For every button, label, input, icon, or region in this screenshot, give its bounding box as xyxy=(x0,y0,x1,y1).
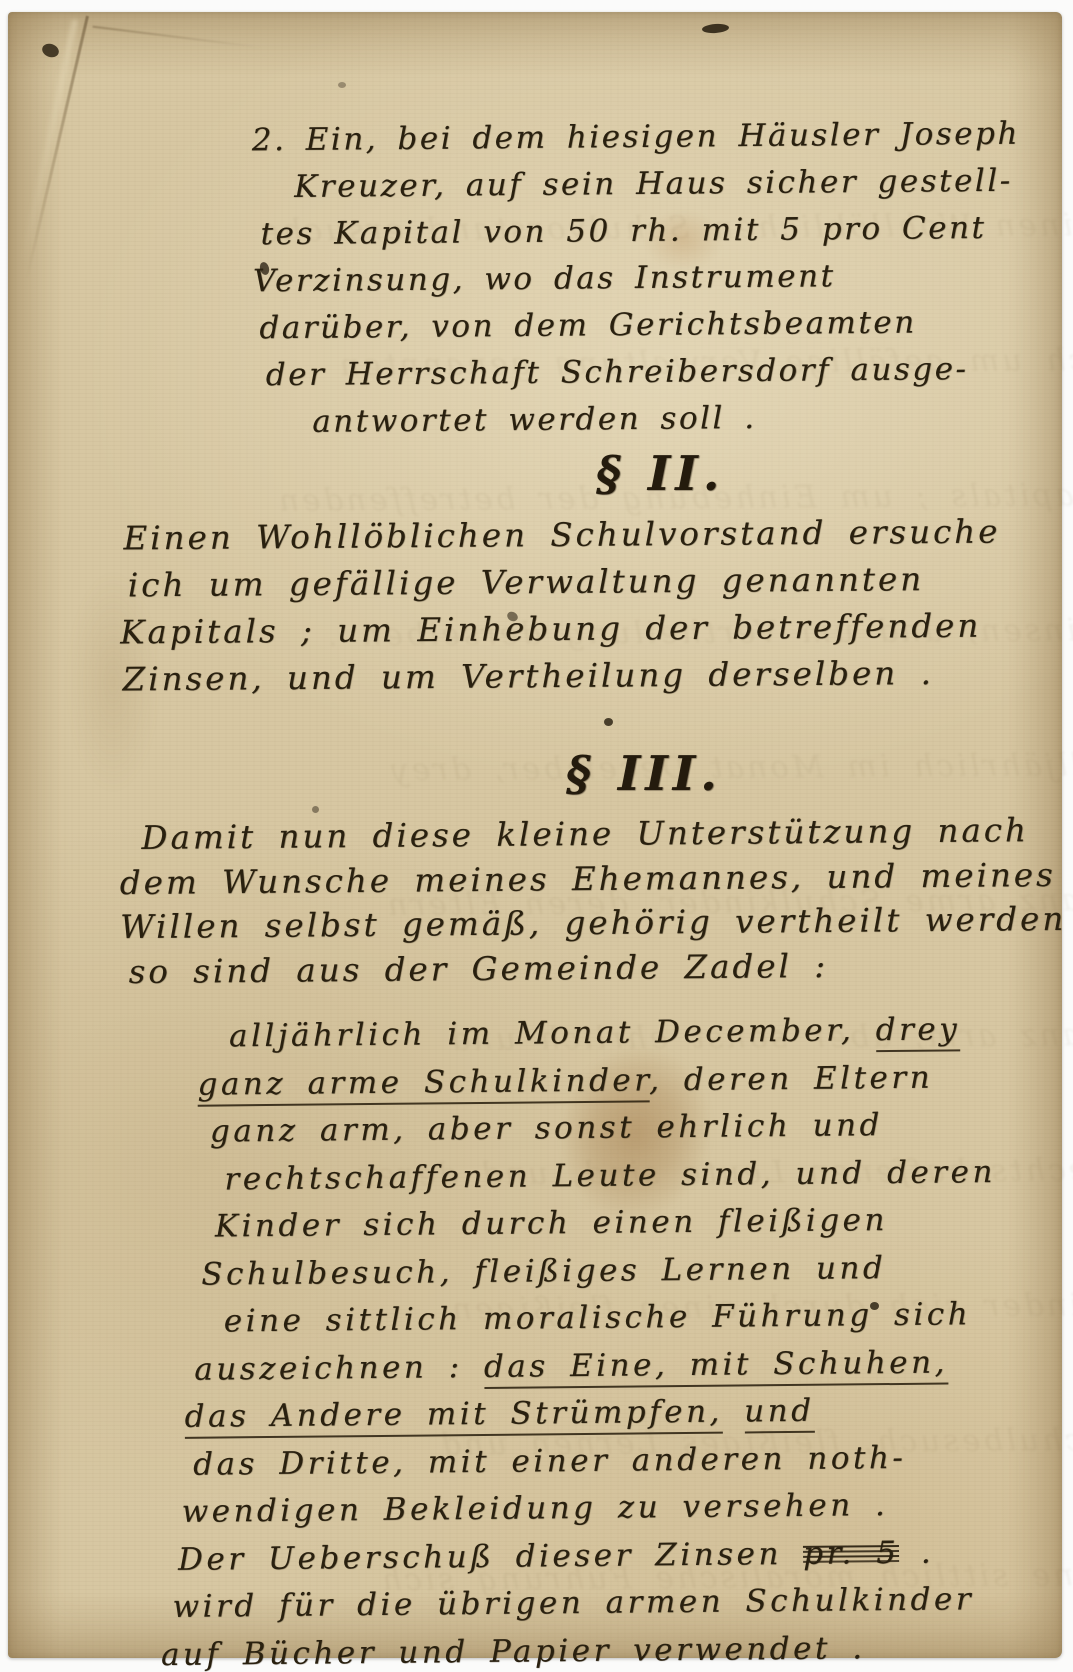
manuscript-line: Schulbesuch, fleißiges Lernen und xyxy=(201,1244,997,1299)
manuscript-text xyxy=(723,1393,745,1429)
manuscript-line: tes Kapital von 50 rh. mit 5 pro Cent xyxy=(260,205,1020,259)
fold-crease-top-left xyxy=(25,16,89,280)
manuscript-line: Willen selbst gemäß, gehörig vertheilt w… xyxy=(120,897,1066,950)
manuscript-text: eine sittlich moralische Führung sich xyxy=(224,1296,972,1339)
manuscript-text: das Dritte, mit einer anderen noth- xyxy=(193,1439,906,1482)
underlined-text: das Eine, mit Schuhen, xyxy=(484,1344,948,1388)
manuscript-line: wird für die übrigen armen Schulkinder xyxy=(172,1576,1000,1631)
fold-crease-highlight xyxy=(20,19,78,265)
manuscript-text: Der Ueberschuß dieser Zinsen xyxy=(178,1535,803,1577)
ink-speck xyxy=(338,82,346,88)
manuscript-line: so sind aus der Gemeinde Zadel : xyxy=(128,941,1066,994)
manuscript-text: 2. Ein, bei dem hiesigen Häusler Joseph xyxy=(252,116,1020,159)
manuscript-line: auszeichnen : das Eine, mit Schuhen, xyxy=(194,1339,998,1394)
manuscript-line: ganz arm, aber sonst ehrlich und xyxy=(210,1101,996,1156)
manuscript-text: ganz arm, aber sonst ehrlich und xyxy=(210,1107,883,1149)
manuscript-line: wendigen Bekleidung zu versehen . xyxy=(181,1481,999,1536)
manuscript-line: Kreuzer, auf sein Haus sicher gestell- xyxy=(294,158,1020,211)
manuscript-text: so sind aus der Gemeinde Zadel : xyxy=(128,946,828,990)
underlined-text: und xyxy=(744,1393,815,1434)
manuscript-line: das Andere mit Strümpfen, und xyxy=(184,1386,998,1441)
manuscript-line: Kinder sich durch einen fleißigen xyxy=(215,1196,997,1251)
manuscript-text: Schulbesuch, fleißiges Lernen und xyxy=(201,1250,886,1293)
paragraph-section-3-body: alljährlich im Monat December, dreyganz … xyxy=(167,1006,1001,1672)
manuscript-line: Damit nun diese kleine Unterstützung nac… xyxy=(141,808,1065,861)
manuscript-text: , deren Eltern xyxy=(649,1059,933,1098)
section-heading-3: § III. xyxy=(566,746,722,802)
section-heading-2: § II. xyxy=(596,446,724,502)
manuscript-line: alljährlich im Monat December, drey xyxy=(229,1006,995,1061)
manuscript-line: das Dritte, mit einer anderen noth- xyxy=(193,1434,999,1489)
manuscript-text: Verzinsung, wo das Instrument xyxy=(253,258,836,299)
manuscript-line: der Herrschaft Schreibersdorf ausge- xyxy=(266,346,1022,400)
ink-speck xyxy=(312,806,319,813)
manuscript-text: auf Bücher und Papier verwendet . xyxy=(161,1630,866,1672)
manuscript-line: eine sittlich moralische Führung sich xyxy=(224,1291,998,1346)
paragraph-section-2: Einen Wohllöblichen Schulvorstand ersuch… xyxy=(119,509,1001,704)
manuscript-text: dem Wunsche meines Ehemannes, und meines xyxy=(120,855,1056,901)
manuscript-line: 2. Ein, bei dem hiesigen Häusler Joseph xyxy=(252,111,1020,165)
paragraph-section-3-intro: Damit nun diese kleine Unterstützung nac… xyxy=(119,808,1067,994)
manuscript-line: Verzinsung, wo das Instrument xyxy=(253,252,1021,306)
manuscript-line: ganz arme Schulkinder, deren Eltern xyxy=(197,1054,995,1109)
manuscript-text: antwortet werden soll . xyxy=(312,400,757,440)
manuscript-text: Kreuzer, auf sein Haus sicher gestell- xyxy=(294,163,1013,205)
underlined-text: das Andere mit Strümpfen, xyxy=(185,1394,723,1439)
ink-speck xyxy=(702,23,730,34)
underlined-text: drey xyxy=(875,1011,960,1052)
manuscript-text: Damit nun diese kleine Unterstützung nac… xyxy=(141,811,1029,857)
manuscript-text: Kinder sich durch einen fleißigen xyxy=(215,1202,888,1244)
manuscript-text: wird für die übrigen armen Schulkinder xyxy=(172,1581,974,1625)
scanned-page-background: Einen Wohllöblichen Schulvorstand ersuch… xyxy=(0,0,1073,1672)
struck-out-text: pr. 5 xyxy=(803,1534,900,1571)
manuscript-line: Kapitals ; um Einhebung der betreffenden xyxy=(120,603,1001,657)
manuscript-text: tes Kapital von 50 rh. mit 5 pro Cent xyxy=(260,210,986,252)
ink-speck xyxy=(40,41,60,59)
manuscript-text: der Herrschaft Schreibersdorf ausge- xyxy=(266,351,969,393)
manuscript-line: Einen Wohllöblichen Schulvorstand ersuch… xyxy=(123,509,1000,563)
manuscript-text: Zinsen, und um Vertheilung derselben . xyxy=(122,654,934,698)
manuscript-text: auszeichnen : xyxy=(194,1348,484,1387)
paragraph-item-2: 2. Ein, bei dem hiesigen Häusler JosephK… xyxy=(252,111,1023,447)
manuscript-line: antwortet werden soll . xyxy=(312,393,1022,446)
manuscript-text: Einen Wohllöblichen Schulvorstand ersuch… xyxy=(123,513,1000,558)
manuscript-paper-sheet: Einen Wohllöblichen Schulvorstand ersuch… xyxy=(8,12,1062,1658)
manuscript-text: alljährlich im Monat December, xyxy=(229,1012,876,1054)
manuscript-text: Kapitals ; um Einhebung der betreffenden xyxy=(120,607,981,652)
manuscript-line: rechtschaffenen Leute sind, und deren xyxy=(224,1149,996,1204)
manuscript-text: . xyxy=(899,1534,934,1570)
ink-speck xyxy=(604,718,613,726)
manuscript-text: darüber, von dem Gerichtsbeamten xyxy=(259,305,917,347)
fold-crease-top xyxy=(93,26,262,49)
manuscript-text: rechtschaffenen Leute sind, und deren xyxy=(224,1154,996,1197)
manuscript-line: darüber, von dem Gerichtsbeamten xyxy=(259,299,1021,353)
manuscript-line: Zinsen, und um Vertheilung derselben . xyxy=(122,650,1001,704)
manuscript-line: Der Ueberschuß dieser Zinsen pr. 5 . xyxy=(178,1529,1000,1584)
manuscript-text: Willen selbst gemäß, gehörig vertheilt w… xyxy=(120,900,1066,946)
manuscript-text: wendigen Bekleidung zu versehen . xyxy=(181,1487,888,1530)
manuscript-line: auf Bücher und Papier verwendet . xyxy=(161,1624,1001,1672)
manuscript-text: ich um gefällige Verwaltung genannten xyxy=(128,560,925,604)
underlined-text: ganz arme Schulkinder xyxy=(197,1062,649,1106)
manuscript-line: ich um gefällige Verwaltung genannten xyxy=(128,556,1001,610)
